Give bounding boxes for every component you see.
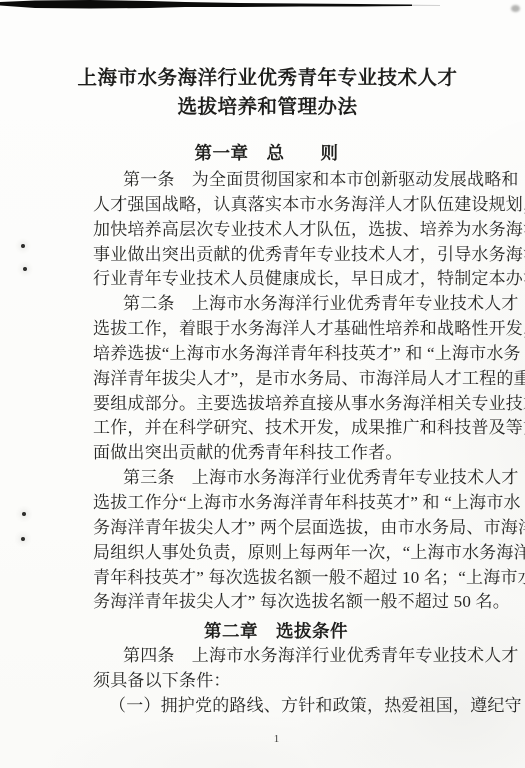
document-body: 第一条 为全面贯彻国家和本市创新驱动发展战略和 人才强国战略，认真落实本市水务海…: [93, 168, 485, 719]
chapter-2-heading: 第二章 选拔条件: [80, 618, 472, 644]
document-page: 上海市水务海洋行业优秀青年专业技术人才 选拔培养和管理办法 第一章 总 则 第一…: [0, 0, 525, 768]
body-line: 须具备以下条件：: [93, 669, 485, 694]
document-title-line1: 上海市水务海洋行业优秀青年专业技术人才: [5, 64, 525, 93]
body-line: 第二条 上海市水务海洋行业优秀青年专业技术人才: [93, 292, 485, 317]
body-line: 选拔工作，着眼于水务海洋人才基础性培养和战略性开发，: [93, 317, 485, 342]
binding-dot: [21, 537, 25, 541]
document-title: 上海市水务海洋行业优秀青年专业技术人才 选拔培养和管理办法: [5, 64, 525, 122]
body-line: 务海洋青年拔尖人才” 每次选拔名额一般不超过 50 名。: [93, 590, 485, 615]
body-line: 培养选拔“上海市水务海洋青年科技英才” 和 “上海市水务: [93, 342, 485, 367]
body-line: 行业青年专业技术人员健康成长，早日成才，特制定本办法。: [93, 267, 485, 292]
body-line: 第三条 上海市水务海洋行业优秀青年专业技术人才: [93, 466, 485, 491]
body-line: （一）拥护党的路线、方针和政策，热爱祖国，遵纪守: [93, 694, 485, 719]
body-line: 局组织人事处负责，原则上每两年一次，“上海市水务海洋: [93, 541, 485, 566]
body-line: 面做出突出贡献的优秀青年科技工作者。: [93, 441, 485, 466]
page-number: 1: [14, 733, 525, 746]
body-line: 人才强国战略，认真落实本市水务海洋人才队伍建设规划，: [93, 193, 485, 218]
binding-dot: [21, 244, 25, 248]
body-line: 事业做出突出贡献的优秀青年专业技术人才，引导水务海洋: [93, 243, 485, 268]
binding-dot: [23, 267, 27, 271]
chapter-1-heading: 第一章 总 则: [4, 141, 525, 165]
scan-artifact-top: [0, 0, 525, 12]
binding-dot: [22, 512, 26, 516]
scan-smudge-top-right: [511, 5, 520, 12]
body-line: 要组成部分。主要选拔培养直接从事水务海洋相关专业技术: [93, 392, 485, 417]
body-line: 选拔工作分“上海市水务海洋青年科技英才” 和 “上海市水: [93, 491, 485, 516]
body-line: 第四条 上海市水务海洋行业优秀青年专业技术人才: [93, 644, 485, 669]
body-line: 工作，并在科学研究、技术开发，成果推广和科技普及等方: [93, 416, 485, 441]
body-line: 务海洋青年拔尖人才” 两个层面选拔，由市水务局、市海洋: [93, 516, 485, 541]
body-line: 青年科技英才” 每次选拔名额一般不超过 10 名；“上海市水: [93, 566, 485, 591]
body-line: 海洋青年拔尖人才”，是市水务局、市海洋局人才工程的重: [93, 367, 485, 392]
body-line: 第一条 为全面贯彻国家和本市创新驱动发展战略和: [93, 168, 485, 193]
body-line: 加快培养高层次专业技术人才队伍，选拔、培养为水务海洋: [93, 218, 485, 243]
document-title-line2: 选拔培养和管理办法: [5, 93, 525, 122]
